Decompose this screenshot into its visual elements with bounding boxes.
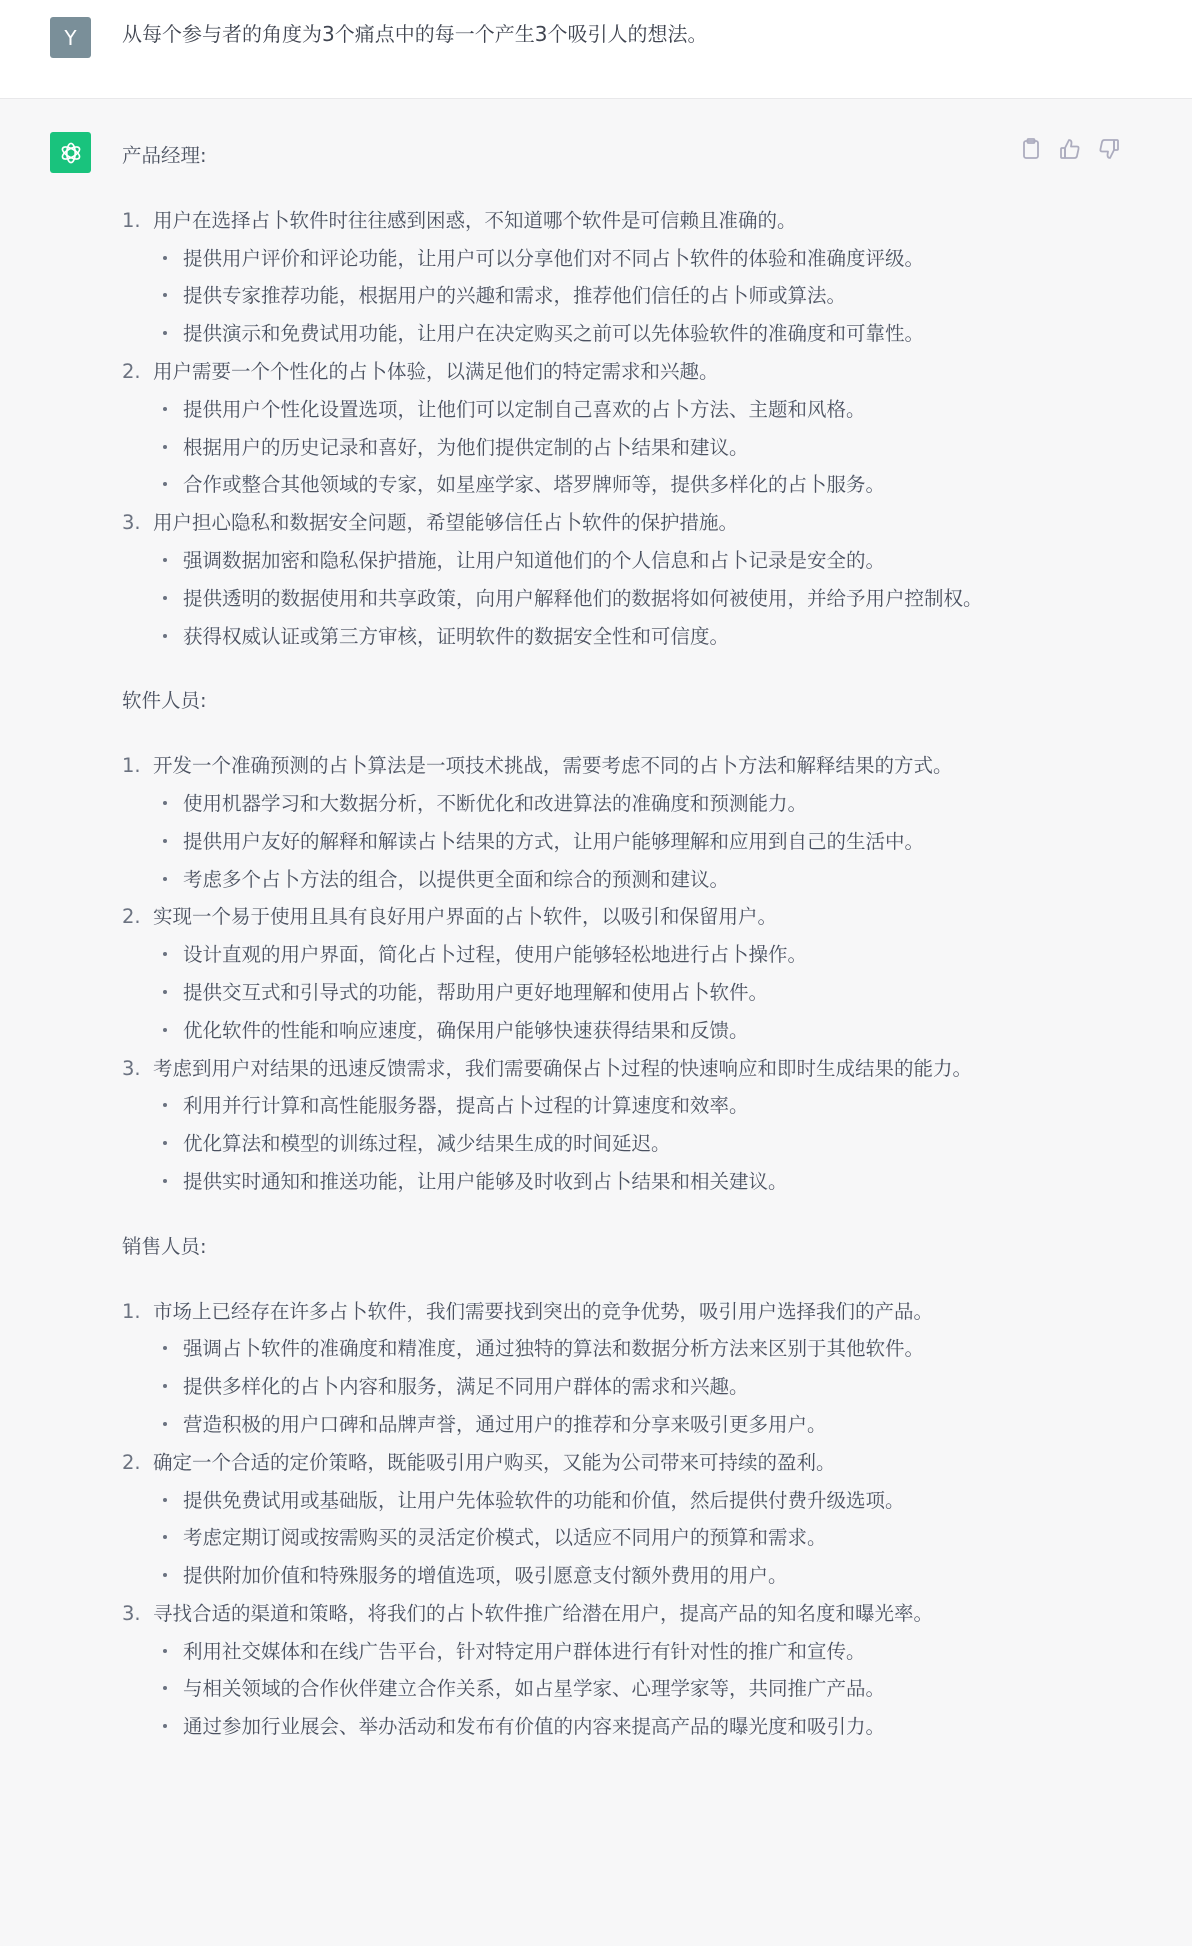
pain-point: 2. 实现一个易于使用且具有良好用户界面的占卜软件，以吸引和保留用户。 设计直观… xyxy=(122,898,1007,1049)
point-text: 确定一个合适的定价策略，既能吸引用户购买，又能为公司带来可持续的盈利。 xyxy=(153,1451,836,1474)
idea-list: 强调数据加密和隐私保护措施，让用户知道他们的个人信息和占卜记录是安全的。 提供透… xyxy=(153,542,1007,655)
point-number: 3. xyxy=(122,1595,141,1633)
point-text: 开发一个准确预测的占卜算法是一项技术挑战，需要考虑不同的占卜方法和解释结果的方式… xyxy=(153,754,953,777)
user-message-row: Y 从每个参与者的角度为3个痛点中的每一个产生3个吸引人的想法。 xyxy=(0,0,1192,99)
point-number: 1. xyxy=(122,202,141,240)
pain-point-list: 1. 用户在选择占卜软件时往往感到困惑，不知道哪个软件是可信赖且准确的。 提供用… xyxy=(122,202,1007,656)
user-avatar: Y xyxy=(50,17,91,58)
idea-item: 提供多样化的占卜内容和服务，满足不同用户群体的需求和兴趣。 xyxy=(153,1368,1007,1406)
clipboard-icon xyxy=(1020,137,1042,161)
idea-list: 提供用户个性化设置选项，让他们可以定制自己喜欢的占卜方法、主题和风格。 根据用户… xyxy=(153,391,1007,504)
idea-item: 强调占卜软件的准确度和精准度，通过独特的算法和数据分析方法来区别于其他软件。 xyxy=(153,1330,1007,1368)
section-heading: 软件人员: xyxy=(122,682,1007,720)
idea-item: 提供用户友好的解释和解读占卜结果的方式，让用户能够理解和应用到自己的生活中。 xyxy=(153,823,1007,861)
idea-item: 根据用户的历史记录和喜好，为他们提供定制的占卜结果和建议。 xyxy=(153,429,1007,467)
point-number: 2. xyxy=(122,898,141,936)
idea-item: 提供交互式和引导式的功能，帮助用户更好地理解和使用占卜软件。 xyxy=(153,974,1007,1012)
point-text: 考虑到用户对结果的迅速反馈需求，我们需要确保占卜过程的快速响应和即时生成结果的能… xyxy=(153,1057,972,1080)
idea-item: 提供专家推荐功能，根据用户的兴趣和需求，推荐他们信任的占卜师或算法。 xyxy=(153,277,1007,315)
idea-item: 通过参加行业展会、举办活动和发布有价值的内容来提高产品的曝光度和吸引力。 xyxy=(153,1708,1007,1746)
pain-point-list: 1. 开发一个准确预测的占卜算法是一项技术挑战，需要考虑不同的占卜方法和解释结果… xyxy=(122,747,1007,1201)
pain-point-list: 1. 市场上已经存在许多占卜软件，我们需要找到突出的竞争优势，吸引用户选择我们的… xyxy=(122,1293,1007,1747)
section-software-staff: 软件人员: 1. 开发一个准确预测的占卜算法是一项技术挑战，需要考虑不同的占卜方… xyxy=(122,682,1007,1200)
pain-point: 2. 用户需要一个个性化的占卜体验，以满足他们的特定需求和兴趣。 提供用户个性化… xyxy=(122,353,1007,504)
pain-point: 3. 寻找合适的渠道和策略，将我们的占卜软件推广给潜在用户，提高产品的知名度和曝… xyxy=(122,1595,1007,1746)
thumbs-down-icon xyxy=(1098,137,1120,161)
pain-point: 1. 开发一个准确预测的占卜算法是一项技术挑战，需要考虑不同的占卜方法和解释结果… xyxy=(122,747,1007,898)
point-number: 1. xyxy=(122,747,141,785)
idea-item: 考虑定期订阅或按需购买的灵活定价模式，以适应不同用户的预算和需求。 xyxy=(153,1519,1007,1557)
copy-button[interactable] xyxy=(1020,137,1042,161)
idea-item: 使用机器学习和大数据分析，不断优化和改进算法的准确度和预测能力。 xyxy=(153,785,1007,823)
idea-item: 提供用户个性化设置选项，让他们可以定制自己喜欢的占卜方法、主题和风格。 xyxy=(153,391,1007,429)
point-text: 市场上已经存在许多占卜软件，我们需要找到突出的竞争优势，吸引用户选择我们的产品。 xyxy=(153,1300,933,1323)
idea-item: 与相关领域的合作伙伴建立合作关系，如占星学家、心理学家等，共同推广产品。 xyxy=(153,1670,1007,1708)
idea-item: 提供演示和免费试用功能，让用户在决定购买之前可以先体验软件的准确度和可靠性。 xyxy=(153,315,1007,353)
idea-item: 提供用户评价和评论功能，让用户可以分享他们对不同占卜软件的体验和准确度评级。 xyxy=(153,240,1007,278)
idea-item: 考虑多个占卜方法的组合，以提供更全面和综合的预测和建议。 xyxy=(153,861,1007,899)
idea-item: 利用社交媒体和在线广告平台，针对特定用户群体进行有针对性的推广和宣传。 xyxy=(153,1633,1007,1671)
pain-point: 3. 考虑到用户对结果的迅速反馈需求，我们需要确保占卜过程的快速响应和即时生成结… xyxy=(122,1050,1007,1201)
section-heading: 销售人员: xyxy=(122,1228,1007,1266)
idea-item: 提供透明的数据使用和共享政策，向用户解释他们的数据将如何被使用，并给予用户控制权… xyxy=(153,580,1007,618)
thumbs-up-icon xyxy=(1059,137,1081,161)
idea-item: 利用并行计算和高性能服务器，提高占卜过程的计算速度和效率。 xyxy=(153,1087,1007,1125)
idea-list: 强调占卜软件的准确度和精准度，通过独特的算法和数据分析方法来区别于其他软件。 提… xyxy=(153,1330,1007,1443)
thumbs-down-button[interactable] xyxy=(1098,137,1120,161)
pain-point: 1. 市场上已经存在许多占卜软件，我们需要找到突出的竞争优势，吸引用户选择我们的… xyxy=(122,1293,1007,1444)
idea-item: 提供附加价值和特殊服务的增值选项，吸引愿意支付额外费用的用户。 xyxy=(153,1557,1007,1595)
message-actions xyxy=(1020,137,1120,161)
assistant-message-content: 产品经理: 1. 用户在选择占卜软件时往往感到困惑，不知道哪个软件是可信赖且准确… xyxy=(122,137,1007,1746)
point-text: 用户需要一个个性化的占卜体验，以满足他们的特定需求和兴趣。 xyxy=(153,360,719,383)
thumbs-up-button[interactable] xyxy=(1059,137,1081,161)
idea-list: 使用机器学习和大数据分析，不断优化和改进算法的准确度和预测能力。 提供用户友好的… xyxy=(153,785,1007,898)
pain-point: 2. 确定一个合适的定价策略，既能吸引用户购买，又能为公司带来可持续的盈利。 提… xyxy=(122,1444,1007,1595)
idea-item: 优化算法和模型的训练过程，减少结果生成的时间延迟。 xyxy=(153,1125,1007,1163)
idea-item: 合作或整合其他领域的专家，如星座学家、塔罗牌师等，提供多样化的占卜服务。 xyxy=(153,466,1007,504)
point-text: 寻找合适的渠道和策略，将我们的占卜软件推广给潜在用户，提高产品的知名度和曝光率。 xyxy=(153,1602,933,1625)
section-product-manager: 产品经理: 1. 用户在选择占卜软件时往往感到困惑，不知道哪个软件是可信赖且准确… xyxy=(122,137,1007,655)
user-message-text: 从每个参与者的角度为3个痛点中的每一个产生3个吸引人的想法。 xyxy=(122,20,707,48)
idea-list: 利用并行计算和高性能服务器，提高占卜过程的计算速度和效率。 优化算法和模型的训练… xyxy=(153,1087,1007,1200)
idea-list: 提供免费试用或基础版，让用户先体验软件的功能和价值，然后提供付费升级选项。 考虑… xyxy=(153,1482,1007,1595)
openai-logo-icon xyxy=(57,139,85,167)
idea-item: 设计直观的用户界面，简化占卜过程，使用户能够轻松地进行占卜操作。 xyxy=(153,936,1007,974)
point-number: 2. xyxy=(122,353,141,391)
idea-item: 提供免费试用或基础版，让用户先体验软件的功能和价值，然后提供付费升级选项。 xyxy=(153,1482,1007,1520)
idea-item: 营造积极的用户口碑和品牌声誉，通过用户的推荐和分享来吸引更多用户。 xyxy=(153,1406,1007,1444)
assistant-avatar xyxy=(50,132,91,173)
point-text: 实现一个易于使用且具有良好用户界面的占卜软件，以吸引和保留用户。 xyxy=(153,905,777,928)
idea-item: 优化软件的性能和响应速度，确保用户能够快速获得结果和反馈。 xyxy=(153,1012,1007,1050)
point-number: 3. xyxy=(122,504,141,542)
point-number: 1. xyxy=(122,1293,141,1331)
point-text: 用户在选择占卜软件时往往感到困惑，不知道哪个软件是可信赖且准确的。 xyxy=(153,209,797,232)
point-text: 用户担心隐私和数据安全问题，希望能够信任占卜软件的保护措施。 xyxy=(153,511,738,534)
assistant-message-row: 产品经理: 1. 用户在选择占卜软件时往往感到困惑，不知道哪个软件是可信赖且准确… xyxy=(0,99,1192,1946)
point-number: 3. xyxy=(122,1050,141,1088)
section-heading: 产品经理: xyxy=(122,137,1007,175)
idea-list: 设计直观的用户界面，简化占卜过程，使用户能够轻松地进行占卜操作。 提供交互式和引… xyxy=(153,936,1007,1049)
point-number: 2. xyxy=(122,1444,141,1482)
pain-point: 1. 用户在选择占卜软件时往往感到困惑，不知道哪个软件是可信赖且准确的。 提供用… xyxy=(122,202,1007,353)
section-sales-staff: 销售人员: 1. 市场上已经存在许多占卜软件，我们需要找到突出的竞争优势，吸引用… xyxy=(122,1228,1007,1746)
avatar-letter: Y xyxy=(64,26,76,50)
idea-list: 提供用户评价和评论功能，让用户可以分享他们对不同占卜软件的体验和准确度评级。 提… xyxy=(153,240,1007,353)
idea-list: 利用社交媒体和在线广告平台，针对特定用户群体进行有针对性的推广和宣传。 与相关领… xyxy=(153,1633,1007,1746)
idea-item: 强调数据加密和隐私保护措施，让用户知道他们的个人信息和占卜记录是安全的。 xyxy=(153,542,1007,580)
pain-point: 3. 用户担心隐私和数据安全问题，希望能够信任占卜软件的保护措施。 强调数据加密… xyxy=(122,504,1007,655)
idea-item: 提供实时通知和推送功能，让用户能够及时收到占卜结果和相关建议。 xyxy=(153,1163,1007,1201)
idea-item: 获得权威认证或第三方审核，证明软件的数据安全性和可信度。 xyxy=(153,618,1007,656)
